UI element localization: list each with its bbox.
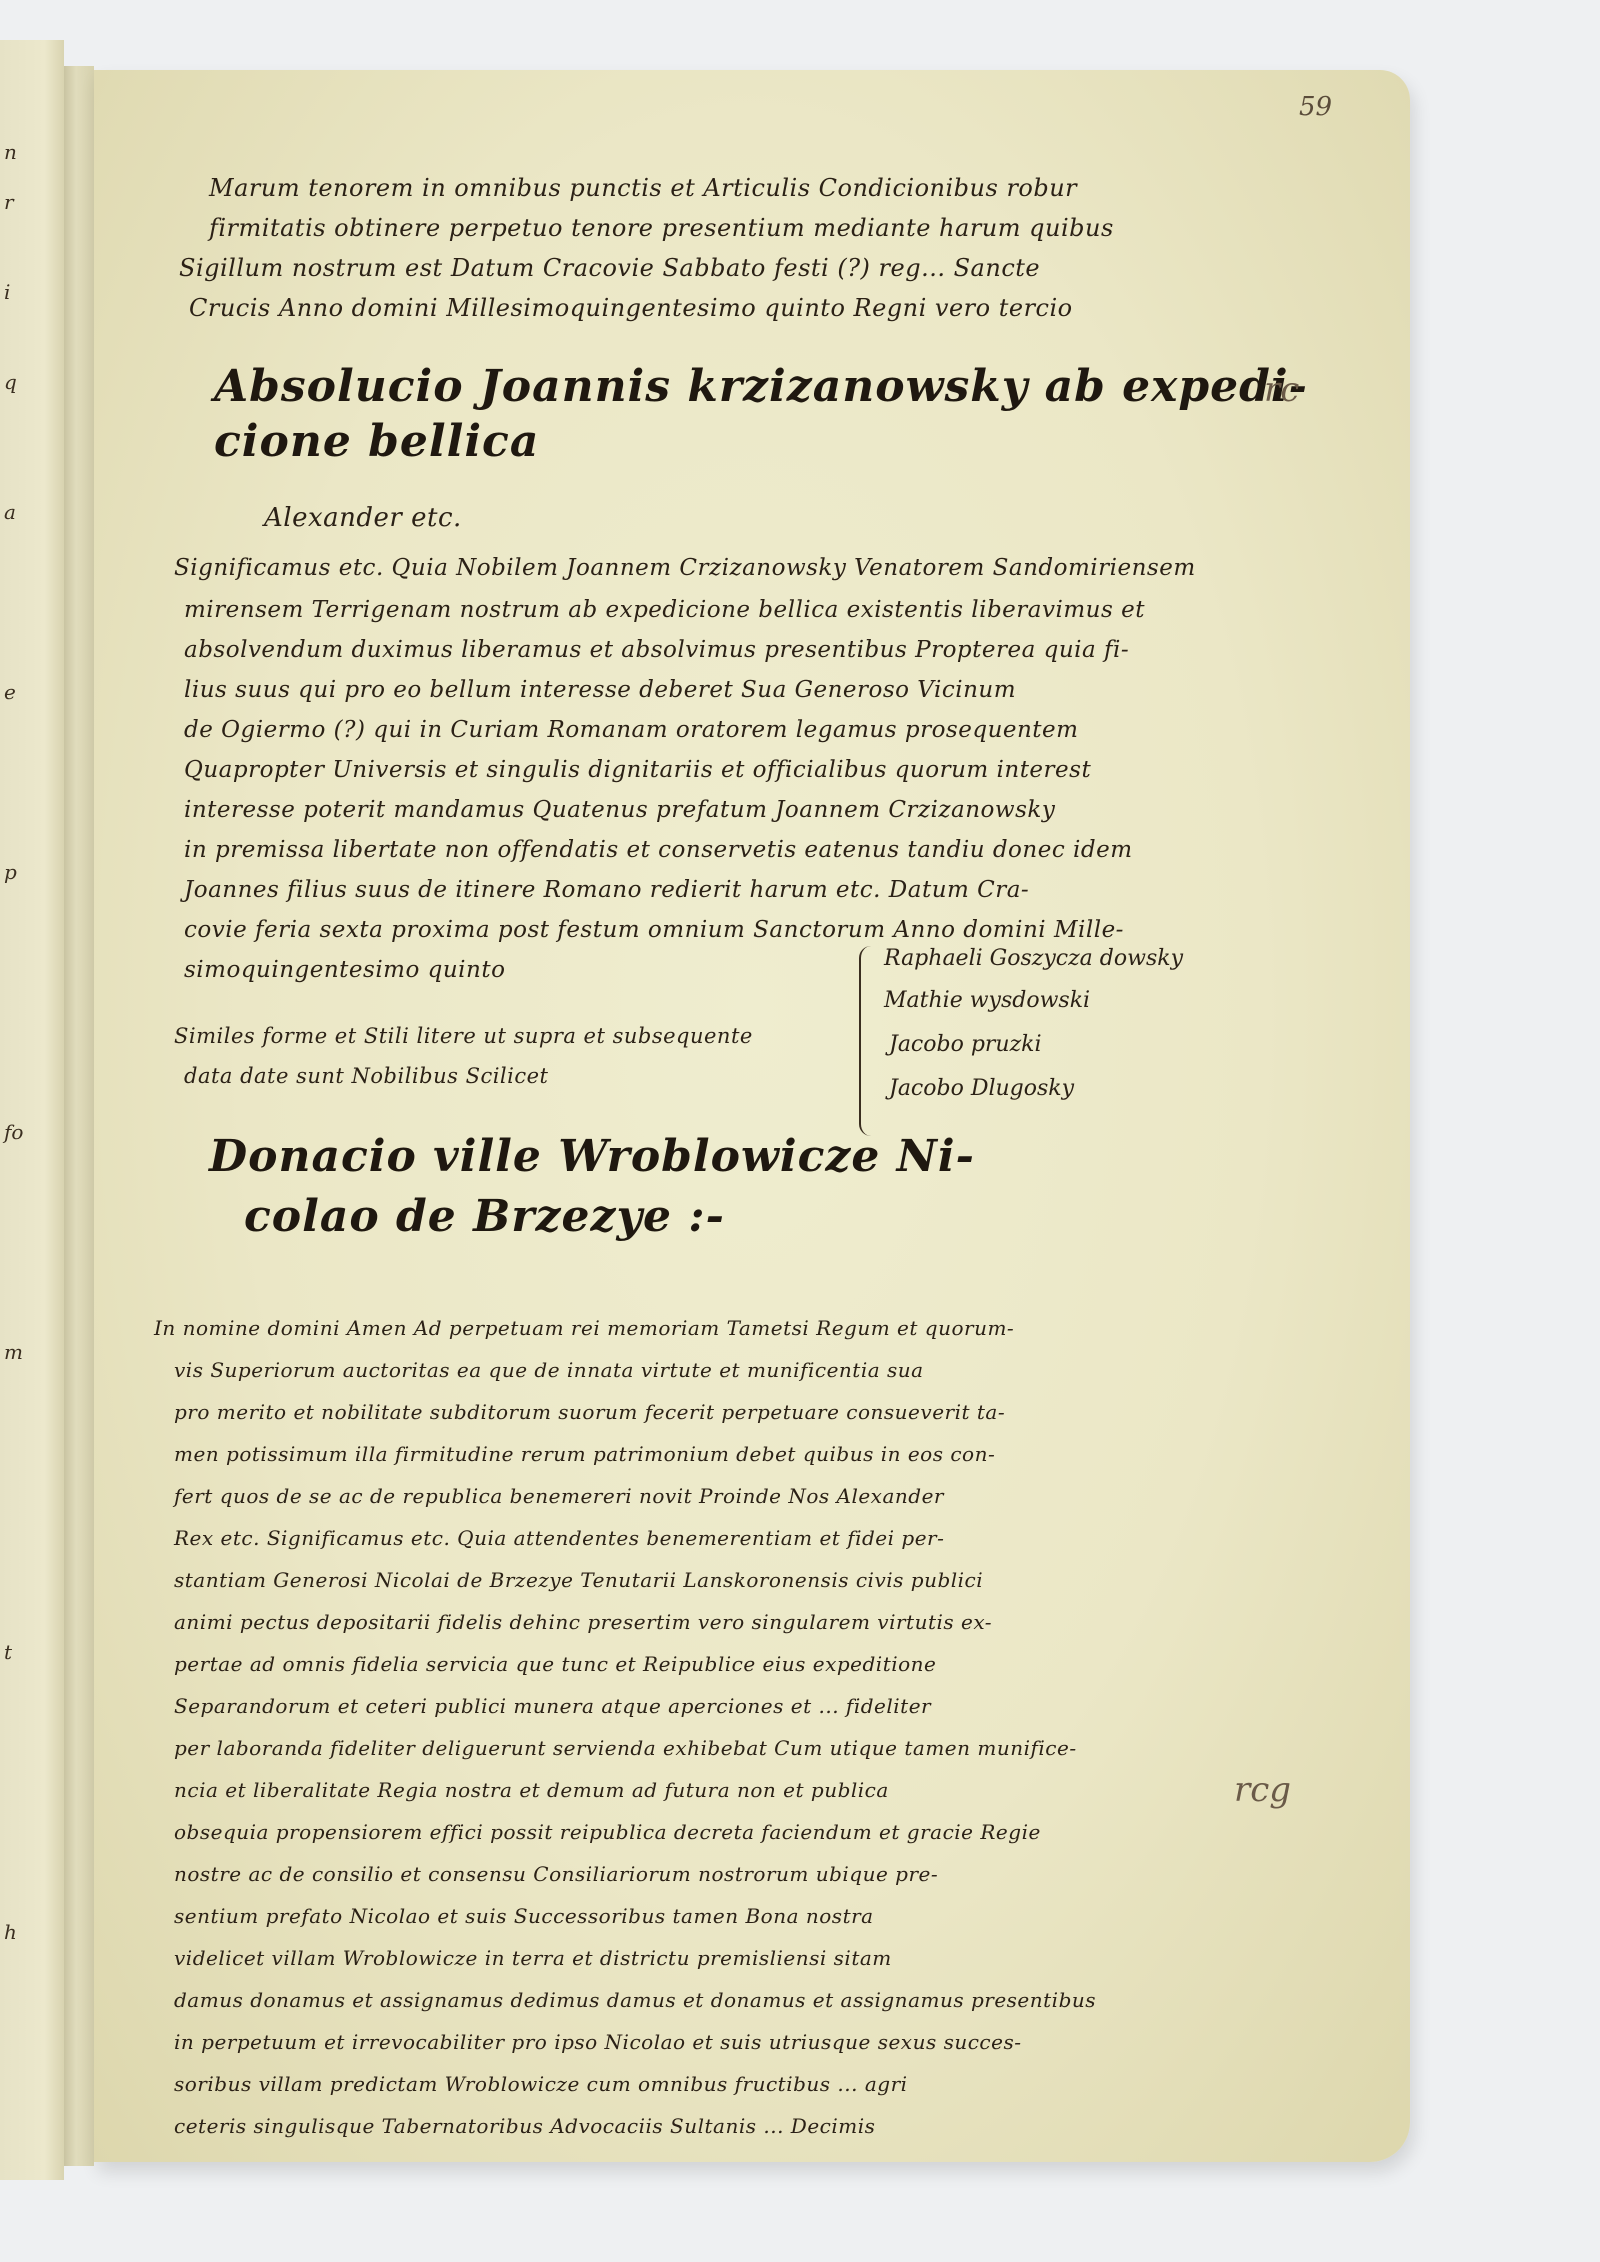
bracket	[859, 946, 875, 1136]
manuscript-page: 59 Marum tenorem in omnibus punctis et A…	[94, 70, 1410, 2162]
text-line: in perpetuum et irrevocabiliter pro ipso…	[174, 2024, 1021, 2060]
text-line: fert quos de se ac de republica benemere…	[174, 1478, 944, 1514]
book-gutter	[64, 66, 94, 2166]
text-line: interesse poterit mandamus Quatenus pref…	[184, 792, 1055, 828]
text-line: nostre ac de consilio et consensu Consil…	[174, 1856, 938, 1892]
text-line: damus donamus et assignamus dedimus damu…	[174, 1982, 1096, 2018]
witness-name: Jacobo Dlugosky	[889, 1070, 1074, 1108]
facing-page-fragment: m	[4, 1340, 23, 1364]
text-line: animi pectus depositarii fidelis dehinc …	[174, 1604, 992, 1640]
text-line: de Ogiermo (?) qui in Curiam Romanam ora…	[184, 712, 1078, 748]
facing-page-fragment: h	[4, 1920, 17, 1944]
text-line: firmitatis obtinere perpetuo tenore pres…	[209, 210, 1114, 246]
margin-annotation: rc	[1264, 370, 1299, 410]
text-line: Significamus etc. Quia Nobilem Joannem C…	[174, 550, 1196, 586]
text-line: lius suus qui pro eo bellum interesse de…	[184, 672, 1016, 708]
text-line: Crucis Anno domini Millesimoquingentesim…	[189, 290, 1073, 326]
text-line: ceteris singulisque Tabernatoribus Advoc…	[174, 2108, 875, 2144]
entry-heading: cione bellica	[214, 415, 539, 469]
witness-name: Jacobo pruzki	[889, 1026, 1042, 1064]
text-line: vis Superiorum auctoritas ea que de inna…	[174, 1352, 924, 1388]
witness-name: Raphaeli Goszycza dowsky	[884, 940, 1183, 978]
entry-heading: Donacio ville Wroblowicze Ni-	[209, 1130, 975, 1184]
text-line: sentium prefato Nicolao et suis Successo…	[174, 1898, 874, 1934]
facing-page-fragment: n	[4, 140, 17, 164]
text-line: Quapropter Universis et singulis dignita…	[184, 752, 1091, 788]
text-line: obsequia propensiorem effici possit reip…	[174, 1814, 1041, 1850]
text-line: Sigillum nostrum est Datum Cracovie Sabb…	[179, 250, 1040, 286]
text-line: stantiam Generosi Nicolai de Brzezye Ten…	[174, 1562, 983, 1598]
text-line: Rex etc. Significamus etc. Quia attenden…	[174, 1520, 944, 1556]
entry-heading: colao de Brzezye :-	[244, 1190, 725, 1244]
facing-page-fragment: e	[4, 680, 16, 704]
folio-number: 59	[1299, 92, 1332, 122]
text-line: In nomine domini Amen Ad perpetuam rei m…	[154, 1310, 1014, 1346]
facing-page-fragment: i	[4, 280, 10, 304]
text-line: soribus villam predictam Wroblowicze cum…	[174, 2066, 908, 2102]
text-line: videlicet villam Wroblowicze in terra et…	[174, 1940, 892, 1976]
text-line: pertae ad omnis fidelia servicia que tun…	[174, 1646, 936, 1682]
text-line: simoquingentesimo quinto	[184, 952, 505, 988]
text-line: men potissimum illa firmitudine rerum pa…	[174, 1436, 995, 1472]
text-line: Marum tenorem in omnibus punctis et Arti…	[209, 170, 1077, 206]
text-line: per laboranda fideliter deliguerunt serv…	[174, 1730, 1077, 1766]
text-line: data date sunt Nobilibus Scilicet	[184, 1058, 549, 1094]
facing-page-fragment: a	[4, 500, 16, 524]
salutation: Alexander etc.	[264, 500, 462, 536]
text-line: pro merito et nobilitate subditorum suor…	[174, 1394, 1005, 1430]
facing-page-edge: n r i q a e p fo m t h	[0, 40, 64, 2180]
text-line: in premissa libertate non offendatis et …	[184, 832, 1133, 868]
text-line: mirensem Terrigenam nostrum ab expedicio…	[184, 592, 1145, 628]
facing-page-fragment: fo	[4, 1120, 23, 1144]
witness-name: Mathie wysdowski	[884, 982, 1090, 1020]
margin-annotation: rcg	[1234, 1770, 1291, 1810]
text-line: Separandorum et ceteri publici munera at…	[174, 1688, 931, 1724]
facing-page-fragment: r	[4, 190, 14, 214]
facing-page-fragment: p	[4, 860, 17, 884]
facing-page-fragment: q	[4, 370, 17, 394]
text-line: absolvendum duximus liberamus et absolvi…	[184, 632, 1129, 668]
entry-heading: Absolucio Joannis krzizanowsky ab expedi…	[214, 360, 1308, 414]
facing-page-fragment: t	[4, 1640, 12, 1664]
text-line: ncia et liberalitate Regia nostra et dem…	[174, 1772, 889, 1808]
text-line: Joannes filius suus de itinere Romano re…	[184, 872, 1029, 908]
text-line: Similes forme et Stili litere ut supra e…	[174, 1018, 753, 1054]
